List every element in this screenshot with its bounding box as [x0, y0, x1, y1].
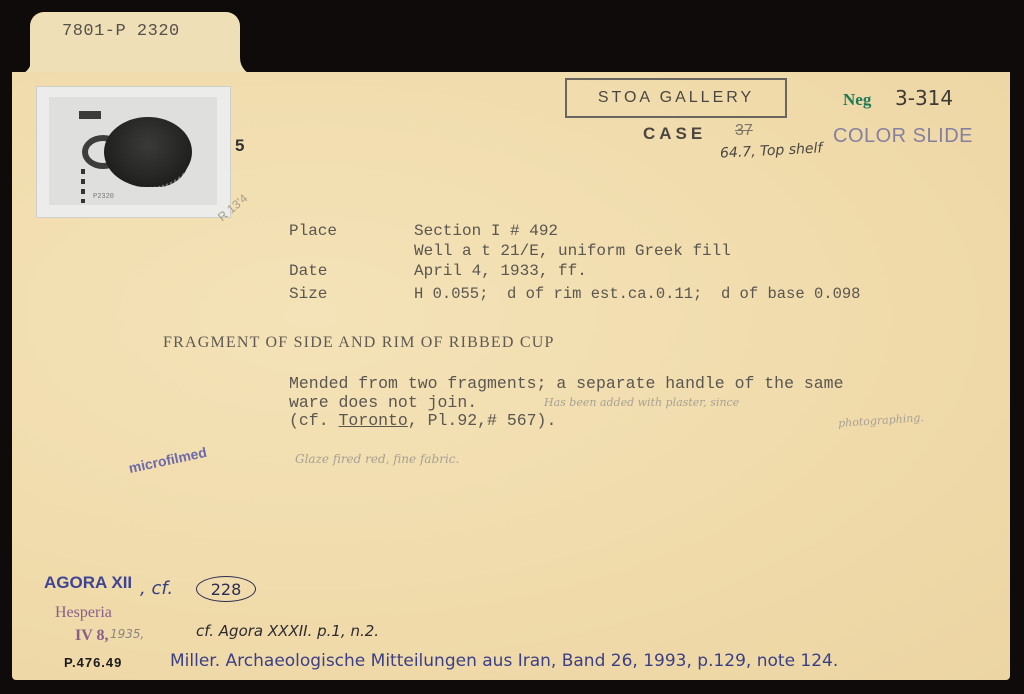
case-label: CASE [643, 124, 706, 144]
stoa-gallery-stamp: STOA GALLERY [565, 78, 787, 118]
description-suffix: , Pl.92,# 567). [408, 411, 557, 430]
p-number: P.476.49 [64, 655, 122, 670]
field-value-place: Section I # 492 [414, 222, 558, 240]
field-value-size: H 0.055; d of rim est.ca.0.11; d of base… [414, 285, 860, 303]
description-line-2: ware does not join. [289, 393, 477, 412]
agora-catalog-number: 228 [196, 576, 256, 602]
hesperia-year: 1935, [110, 627, 144, 641]
artifact-photo: P2320 [36, 86, 231, 218]
agora-stamp: AGORA XII [44, 573, 132, 593]
pencil-number: 5 [235, 136, 244, 156]
field-value-date: April 4, 1933, ff. [414, 262, 587, 280]
field-label-size: Size [289, 285, 327, 303]
agora-cf: , cf. [140, 578, 173, 599]
miller-reference: Miller. Archaeologische Mitteilungen aus… [170, 651, 838, 671]
field-value-place-detail: Well a t 21/E, uniform Greek fill [414, 242, 731, 260]
hesperia-stamp: Hesperia [55, 604, 112, 622]
scale-bar-icon [81, 169, 85, 203]
cf-agora-reference: cf. Agora XXXII. p.1, n.2. [196, 622, 379, 640]
toronto-reference: Toronto [339, 411, 408, 430]
inventory-code: 7801-P 2320 [62, 22, 180, 41]
pencil-note-handle-1: Has been added with plaster, since [544, 396, 739, 409]
description-prefix: (cf. [289, 411, 339, 430]
hesperia-volume: IV 8, [75, 627, 109, 645]
cup-body-shape [104, 117, 192, 187]
negative-number: 3-314 [895, 86, 953, 110]
negative-stamp: Neg [843, 90, 871, 110]
photo-label: P2320 [93, 193, 114, 201]
sherd-fragment-shape [79, 111, 101, 119]
object-title: FRAGMENT OF SIDE AND RIM OF RIBBED CUP [163, 334, 555, 352]
case-old-number: 37 [735, 122, 753, 140]
photo-background: P2320 [49, 97, 217, 205]
color-slide-stamp: COLOR SLIDE [833, 125, 973, 148]
field-label-date: Date [289, 262, 327, 280]
description-line-3: (cf. Toronto, Pl.92,# 567). [289, 411, 556, 430]
description-line-1: Mended from two fragments; a separate ha… [289, 374, 844, 393]
field-label-place: Place [289, 222, 337, 240]
pencil-note-glaze: Glaze fired red, fine fabric. [295, 452, 459, 466]
